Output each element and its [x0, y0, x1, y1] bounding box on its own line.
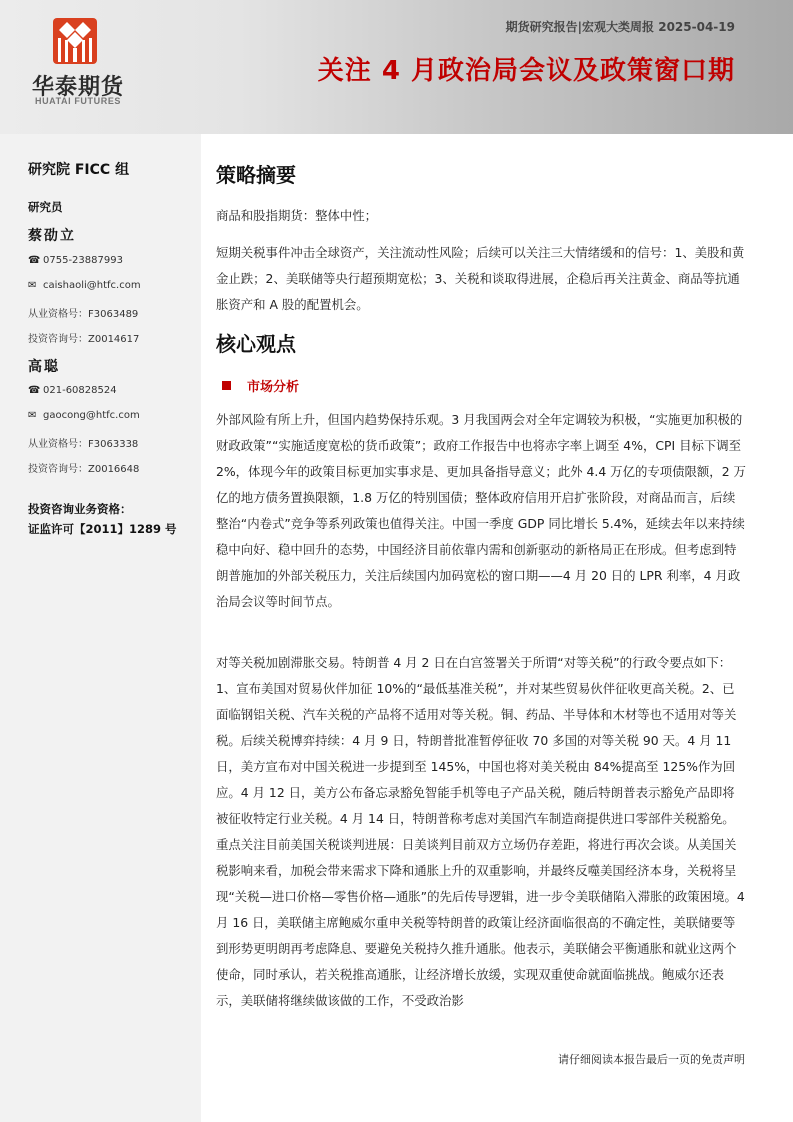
- strategy-paragraph: 商品和股指期货：整体中性；: [216, 203, 746, 229]
- analyst-email[interactable]: ✉gaocong@htfc.com: [28, 410, 140, 421]
- section-heading-core: 核心观点: [216, 328, 296, 357]
- subheading-market-analysis: 市场分析: [216, 376, 299, 395]
- analyst-phone: ☎0755-23887993: [28, 255, 123, 266]
- analyst-name: 蔡劭立: [28, 225, 76, 245]
- analyst-consult-cert: 投资咨询号：Z0014617: [28, 330, 139, 345]
- qualification: 投资咨询业务资格： 证监许可【2011】1289 号: [28, 499, 177, 539]
- huatai-logo-icon: [53, 18, 97, 64]
- analyst-practice-cert: 从业资格号：F3063489: [28, 305, 138, 320]
- analyst-email[interactable]: ✉caishaoli@htfc.com: [28, 280, 141, 291]
- analyst-practice-cert: 从业资格号：F3063338: [28, 435, 138, 450]
- email-icon: ✉: [28, 410, 40, 421]
- strategy-paragraph: 短期关税事件冲击全球资产，关注流动性风险；后续可以关注三大情绪缓和的信号：1、美…: [216, 240, 746, 318]
- logo-name-en: HUATAI FUTURES: [28, 96, 128, 106]
- disclaimer-note: 请仔细阅读本报告最后一页的免责声明: [558, 1051, 745, 1067]
- qualification-value: 证监许可【2011】1289 号: [28, 519, 177, 539]
- analyst-phone: ☎021-60828524: [28, 385, 117, 396]
- report-meta: 期货研究报告|宏观大类周报 2025-04-19: [506, 18, 735, 35]
- report-title: 关注 4 月政治局会议及政策窗口期: [318, 50, 735, 87]
- research-group: 研究院 FICC 组: [28, 159, 129, 179]
- square-bullet-icon: [222, 381, 231, 390]
- section-heading-strategy: 策略摘要: [216, 159, 296, 188]
- analysis-paragraph: 外部风险有所上升，但国内趋势保持乐观。3 月我国两会对全年定调较为积极，“实施更…: [216, 407, 746, 615]
- qualification-label: 投资咨询业务资格：: [28, 499, 177, 519]
- email-icon: ✉: [28, 280, 40, 291]
- analyst-consult-cert: 投资咨询号：Z0016648: [28, 460, 139, 475]
- analyst-name: 高聪: [28, 356, 60, 376]
- analysis-paragraph: 对等关税加剧滞胀交易。特朗普 4 月 2 日在白宫签署关于所谓“对等关税”的行政…: [216, 650, 746, 1014]
- phone-icon: ☎: [28, 255, 40, 266]
- phone-icon: ☎: [28, 385, 40, 396]
- researcher-label: 研究员: [28, 199, 63, 215]
- analyst-sidebar: 研究院 FICC 组 研究员 蔡劭立 ☎0755-23887993 ✉caish…: [0, 134, 201, 1122]
- report-header: 华泰期货 HUATAI FUTURES 期货研究报告|宏观大类周报 2025-0…: [0, 0, 793, 134]
